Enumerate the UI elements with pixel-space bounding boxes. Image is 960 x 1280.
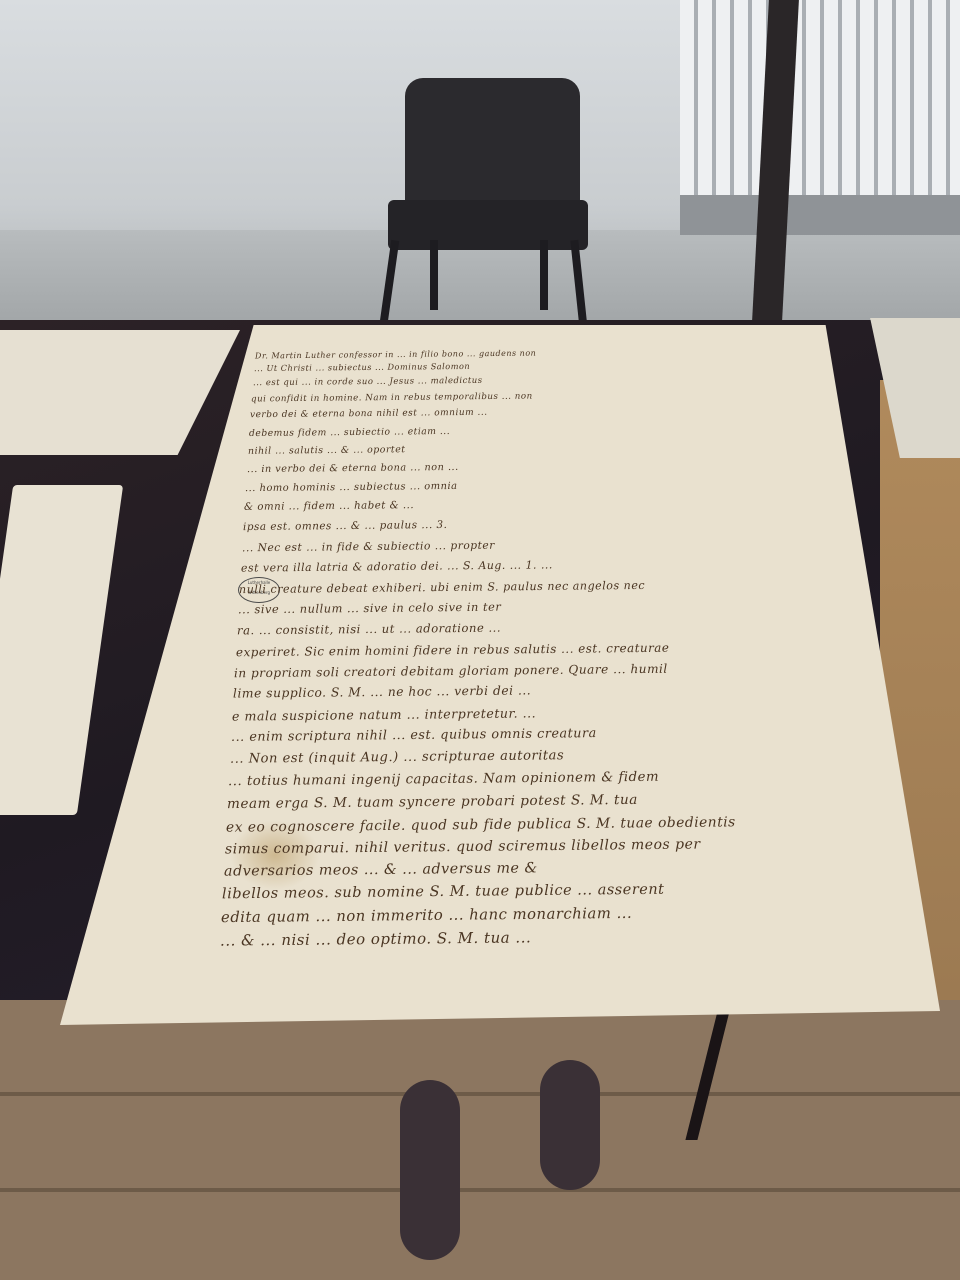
manuscript-line: & omni ... fidem ... habet & ... (244, 500, 414, 513)
radiator-base (680, 195, 960, 235)
radiator-reflection (680, 0, 960, 200)
manuscript-line: adversarios meos ... & ... adversus me & (224, 860, 538, 879)
manuscript-line: e mala suspicione natum ... interpretetu… (232, 705, 536, 723)
wood-floor (0, 1000, 960, 1280)
manuscript-line: nihil ... salutis ... & ... oportet (248, 444, 406, 457)
manuscript-line: ... Nec est ... in fide & subiectio ... … (242, 539, 495, 555)
manuscript-line: ... & ... nisi ... deo optimo. S. M. tua… (220, 928, 531, 949)
chair-reflection (405, 78, 580, 218)
visitor-foot-reflection (540, 1060, 600, 1190)
manuscript-line: ... in verbo dei & eterna bona ... non .… (247, 462, 459, 475)
chair-leg (540, 240, 548, 310)
chair-seat (388, 200, 588, 250)
manuscript-line: ... sive ... nullum ... sive in celo siv… (238, 600, 501, 617)
manuscript-line: ra. ... consistit, nisi ... ut ... adora… (237, 621, 501, 638)
visitor-foot-reflection (400, 1080, 460, 1260)
manuscript-line: ipsa est. omnes ... & ... paulus ... 3. (243, 519, 448, 533)
manuscript-line: debemus fidem ... subiectio ... etiam ..… (249, 426, 450, 439)
chair-leg (430, 240, 438, 310)
manuscript-line: ... homo hominis ... subiectus ... omnia (245, 481, 458, 494)
